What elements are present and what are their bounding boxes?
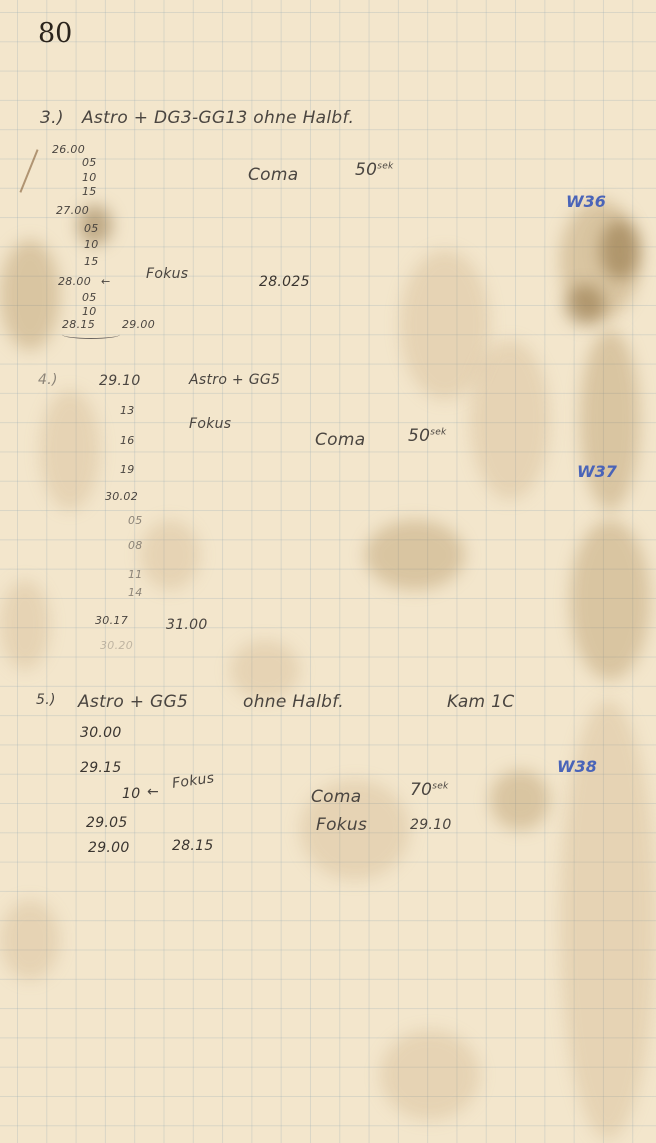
- arrow-icon: ←: [101, 275, 111, 288]
- reading-extra: 31.00: [166, 617, 208, 633]
- reading: 30.00: [80, 725, 122, 741]
- stain: [230, 640, 300, 700]
- brace: [62, 330, 120, 339]
- reading: 05: [82, 156, 97, 169]
- entry-title: Astro + DG3-GG13 ohne Halbf.: [82, 108, 354, 128]
- stain: [0, 580, 50, 670]
- coma-unit: sek: [430, 427, 446, 437]
- coma-number: 50: [355, 160, 377, 180]
- reading: 29.05: [86, 815, 128, 831]
- coma-number: 50: [408, 426, 430, 446]
- focus-result-label: Fokus: [316, 815, 367, 835]
- camera-note: Kam 1C: [447, 692, 514, 712]
- focus-value: 28.025: [259, 274, 310, 290]
- reading-extra: 29.00: [122, 318, 155, 331]
- reading: 15: [84, 255, 99, 268]
- reading: 16: [120, 434, 135, 447]
- reading: 05: [128, 514, 143, 527]
- reading: 30.20: [100, 639, 133, 652]
- reading-extra: 28.15: [172, 838, 214, 854]
- arrow-icon: ←: [147, 784, 159, 800]
- focus-result-value: 29.10: [410, 817, 452, 833]
- reading: 29.10: [99, 373, 141, 389]
- focus-label: Fokus: [171, 770, 215, 792]
- entry-title: Astro + GG5: [78, 692, 188, 712]
- reading: 10: [82, 305, 97, 318]
- coma-label: Coma: [311, 787, 361, 807]
- stain: [140, 520, 200, 590]
- reading: 08: [128, 539, 143, 552]
- reading: 10: [82, 171, 97, 184]
- reading: 26.00: [52, 143, 85, 156]
- week-marker: W36: [566, 192, 606, 211]
- coma-label: Coma: [248, 165, 298, 185]
- entry-label: 3.): [40, 108, 64, 128]
- coma-unit: sek: [432, 781, 448, 791]
- reading: 28.00: [58, 275, 91, 288]
- reading: 10: [122, 786, 140, 802]
- stain: [40, 390, 100, 510]
- stain: [0, 900, 60, 980]
- stain: [0, 240, 60, 350]
- coma-unit: sek: [377, 161, 393, 171]
- stain: [380, 1030, 480, 1120]
- reading: 11: [128, 568, 143, 581]
- reading: 30.02: [105, 490, 138, 503]
- stain: [570, 520, 650, 680]
- reading: 27.00: [56, 204, 89, 217]
- stain: [600, 220, 640, 280]
- stain: [490, 770, 550, 830]
- reading: 05: [82, 291, 97, 304]
- reading: 19: [120, 463, 135, 476]
- coma-number: 70: [410, 780, 432, 800]
- reading: 05: [84, 222, 99, 235]
- reading: 10: [84, 238, 99, 251]
- stain: [580, 330, 640, 510]
- entry-title-note: ohne Halbf.: [243, 692, 344, 712]
- week-marker: W37: [577, 462, 617, 481]
- notebook-page: 80 W36 W37 W38 3.) Astro + DG3-GG13 ohne…: [0, 0, 656, 1143]
- focus-label: Fokus: [146, 266, 188, 282]
- week-marker: W38: [557, 757, 597, 776]
- entry-label: 4.): [38, 372, 58, 388]
- reading: 14: [128, 586, 143, 599]
- stain: [470, 340, 550, 500]
- entry-title: Astro + GG5: [189, 372, 280, 388]
- reading: 13: [120, 404, 135, 417]
- reading: 29.00: [88, 840, 130, 856]
- reading: 29.15: [80, 760, 122, 776]
- coma-value: 70sek: [410, 780, 449, 800]
- reading: 30.17: [95, 614, 128, 627]
- coma-label: Coma: [315, 430, 365, 450]
- entry-label: 5.): [36, 692, 56, 708]
- coma-value: 50sek: [408, 426, 447, 446]
- reading: 15: [82, 185, 97, 198]
- coma-value: 50sek: [355, 160, 394, 180]
- stain: [565, 285, 605, 325]
- page-number: 80: [38, 18, 72, 49]
- focus-label: Fokus: [189, 416, 231, 432]
- stain: [365, 520, 465, 590]
- ink-stroke: [19, 149, 38, 192]
